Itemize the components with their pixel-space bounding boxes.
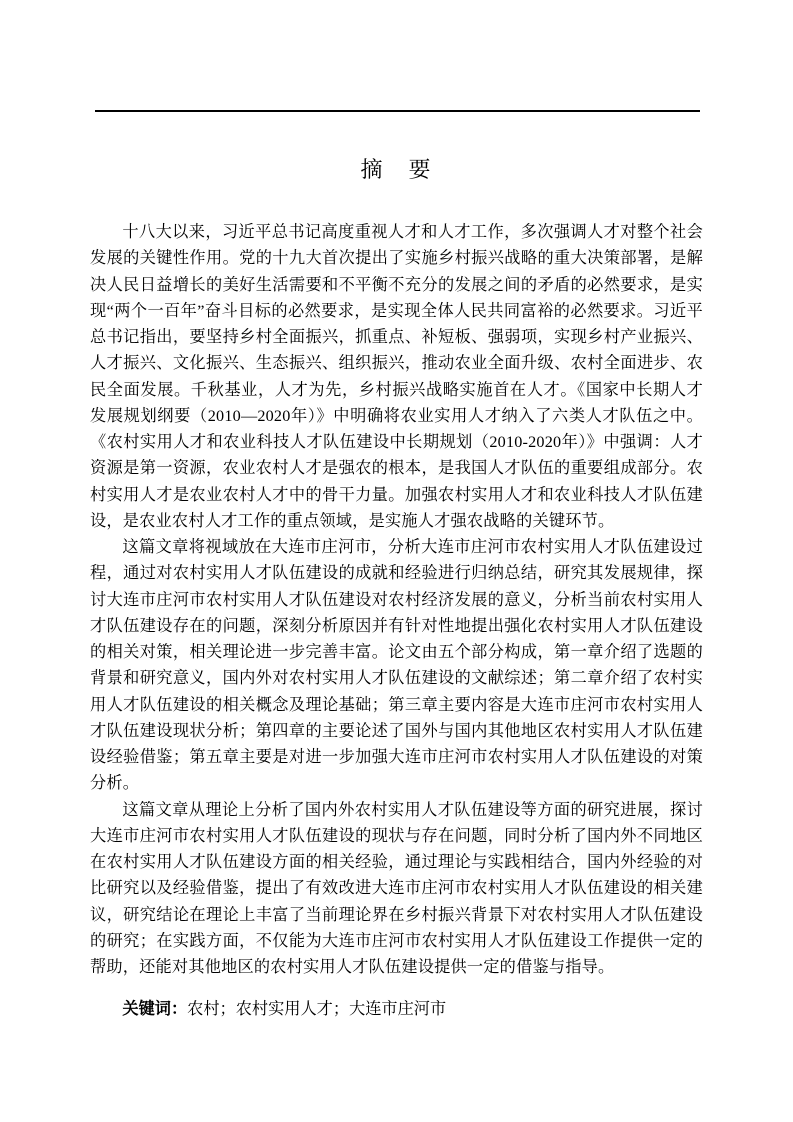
abstract-paragraph-1: 十八大以来，习近平总书记高度重视人才和人才工作，多次强调人才对整个社会发展的关键…	[90, 219, 703, 534]
header-divider	[95, 110, 700, 112]
abstract-page: 摘 要 十八大以来，习近平总书记高度重视人才和人才工作，多次强调人才对整个社会发…	[0, 0, 793, 1122]
abstract-paragraph-2: 这篇文章将视域放在大连市庄河市，分析大连市庄河市农村实用人才队伍建设过程，通过对…	[90, 534, 703, 797]
keywords-line: 关键词：农村；农村实用人才；大连市庄河市	[90, 996, 703, 1022]
page-title: 摘 要	[90, 157, 703, 183]
keywords-label: 关键词：	[122, 1000, 187, 1018]
page-content: 摘 要 十八大以来，习近平总书记高度重视人才和人才工作，多次强调人才对整个社会发…	[90, 157, 703, 1023]
abstract-paragraph-3: 这篇文章从理论上分析了国内外农村实用人才队伍建设等方面的研究进展，探讨大连市庄河…	[90, 797, 703, 981]
keywords-value: 农村；农村实用人才；大连市庄河市	[187, 1000, 446, 1018]
